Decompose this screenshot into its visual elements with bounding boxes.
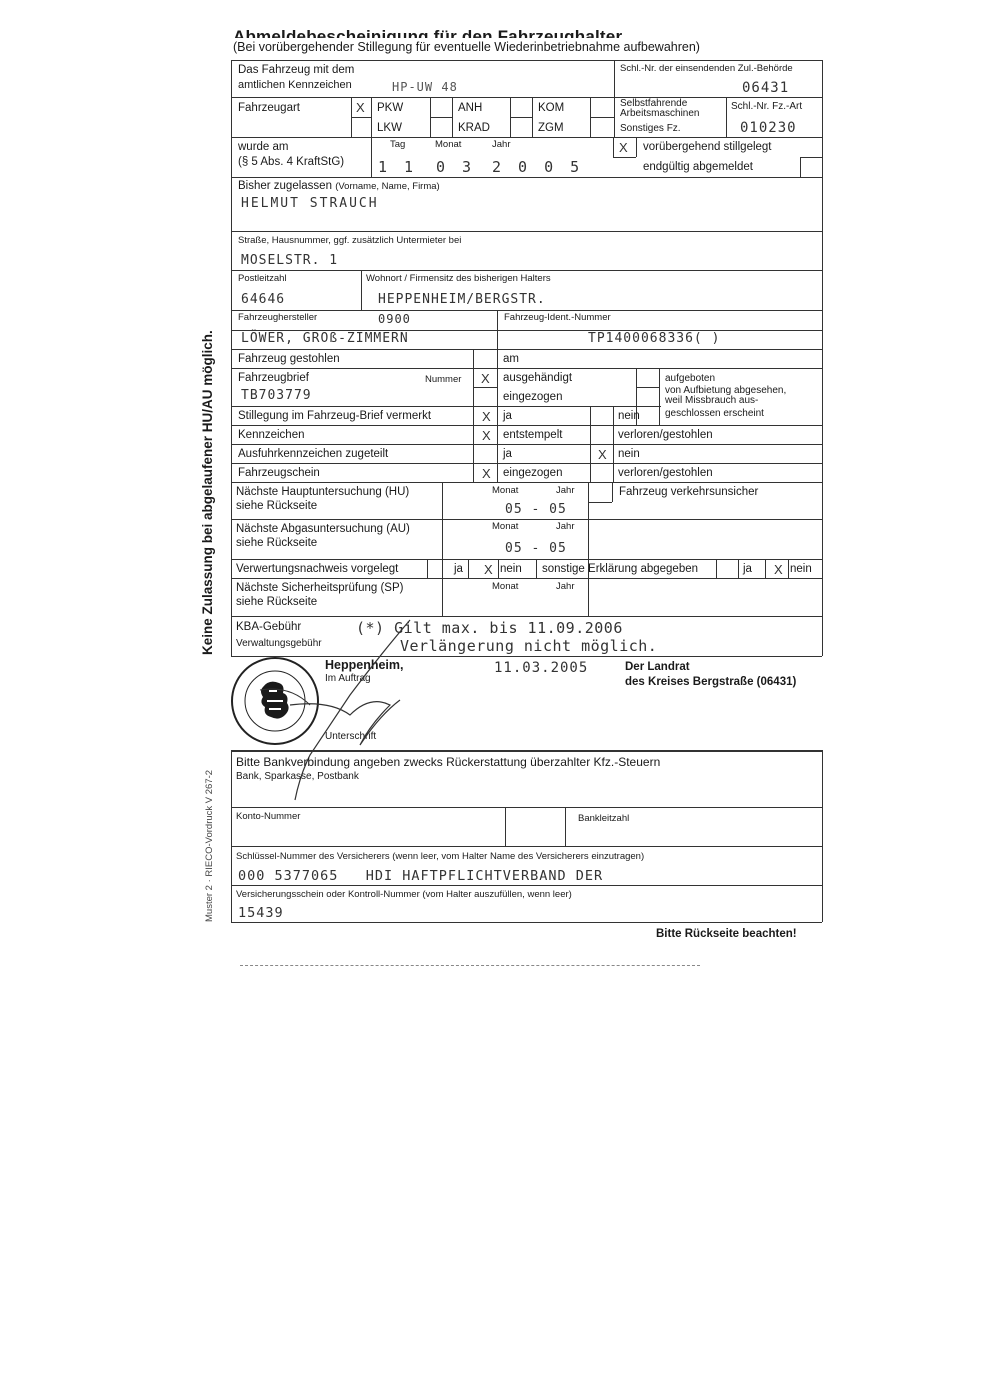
fin-label: Fahrzeug-Ident.-Nummer	[504, 312, 611, 323]
sonstige-ja-label: ja	[743, 563, 752, 576]
konto-label: Konto-Nummer	[236, 811, 300, 822]
sonstige-label: sonstige Erklärung abgegeben	[542, 563, 698, 576]
verwertung-ja-label: ja	[454, 563, 463, 576]
insurance-key-label: Schlüssel-Nummer des Versicherers (wenn …	[236, 851, 644, 862]
sp-jahr-label: Jahr	[556, 581, 574, 592]
hu-jahr-label: Jahr	[556, 485, 574, 496]
verwertung-label: Verwertungsnachweis vorgelegt	[236, 563, 398, 576]
stilllegung-ja-label: ja	[503, 410, 512, 423]
bank-label: Bank, Sparkasse, Postbank	[236, 771, 359, 783]
ausgehaendigt-checkbox[interactable]: X	[481, 371, 490, 386]
kennzeichen-row-label: Kennzeichen	[238, 429, 305, 442]
kennzeichen-label-2: amtlichen Kennzeichen	[238, 79, 352, 92]
hu-value[interactable]: 05 - 05	[505, 502, 567, 517]
stilllegung-label: Stillegung im Fahrzeug-Brief vermerkt	[238, 410, 431, 423]
footer-note: Bitte Rückseite beachten!	[656, 928, 797, 941]
hu-monat-label: Monat	[492, 485, 518, 496]
ausfuhr-nein-label: nein	[618, 448, 640, 461]
gestohlen-am-label: am	[503, 353, 519, 366]
brief-label: Fahrzeugbrief	[238, 372, 309, 385]
brief-nummer-label: Nummer	[425, 374, 461, 385]
hu-label-1: Nächste Hauptuntersuchung (HU)	[236, 486, 409, 499]
document-subtitle: (Bei vorübergehender Stillegung für even…	[233, 40, 700, 54]
zgm-label: ZGM	[538, 122, 564, 135]
ort-value[interactable]: HEPPENHEIM/BERGSTR.	[378, 292, 546, 307]
voruebergehend-checkbox[interactable]: X	[619, 140, 628, 155]
side-note: Keine Zulassung bei abgelaufener HU/AU m…	[200, 330, 215, 655]
gestohlen-label: Fahrzeug gestohlen	[238, 353, 340, 366]
aufbietung-line-3: geschlossen erscheint	[665, 408, 764, 420]
verwertung-nein-checkbox[interactable]: X	[484, 562, 493, 577]
au-label-1: Nächste Abgasuntersuchung (AU)	[236, 523, 410, 536]
aufgeboten-label: aufgeboten	[665, 373, 715, 385]
ausfuhr-ja-label: ja	[503, 448, 512, 461]
hersteller-label: Fahrzeughersteller	[238, 312, 317, 323]
pkw-label: PKW	[377, 102, 403, 115]
street-label: Straße, Hausnummer, ggf. zusätzlich Unte…	[238, 235, 461, 246]
ausgehaendigt-label: ausgehändigt	[503, 372, 572, 385]
plz-label: Postleitzahl	[238, 273, 287, 284]
ort-label: Wohnort / Firmensitz des bisherigen Halt…	[366, 273, 551, 284]
authority-line-2: des Kreises Bergstraße (06431)	[625, 676, 796, 689]
sonstiges-label: Sonstiges Fz.	[620, 123, 681, 135]
tag-value[interactable]: 1 1	[378, 158, 417, 176]
stilllegung-ja-checkbox[interactable]: X	[482, 409, 491, 424]
endgueltig-label: endgültig abgemeldet	[643, 161, 753, 174]
kennzeichen-label-1: Das Fahrzeug mit dem	[238, 64, 354, 77]
fahrzeugart-label: Fahrzeugart	[238, 102, 300, 115]
plz-value[interactable]: 64646	[241, 292, 285, 307]
fzart-value[interactable]: 010230	[740, 120, 797, 136]
policy-value[interactable]: 15439	[238, 905, 284, 921]
fin-value[interactable]: TP1400068336( )	[588, 331, 720, 346]
blz-label: Bankleitzahl	[578, 813, 629, 824]
lkw-label: LKW	[377, 122, 402, 135]
policy-label: Versicherungsschein oder Kontroll-Nummer…	[236, 889, 572, 900]
entstempelt-checkbox[interactable]: X	[482, 428, 491, 443]
au-jahr-label: Jahr	[556, 521, 574, 532]
cut-line	[240, 965, 700, 966]
monat-value[interactable]: 0 3	[436, 158, 475, 176]
hu-label-2: siehe Rückseite	[236, 500, 317, 513]
voruebergehend-label: vorübergehend stillgelegt	[643, 141, 772, 154]
signature-date: 11.03.2005	[494, 660, 588, 676]
stilllegung-nein-label: nein	[618, 410, 640, 423]
insurance-key-value[interactable]: 000 5377065 HDI HAFTPFLICHTVERBAND DER	[238, 868, 603, 884]
aufbietung-line-2: weil Missbrauch aus-	[665, 396, 758, 406]
verwertung-nein-label: nein	[500, 563, 522, 576]
entstempelt-label: entstempelt	[503, 429, 562, 442]
street-value[interactable]: MOSELSTR. 1	[241, 253, 338, 268]
schein-verloren-label: verloren/gestohlen	[618, 467, 713, 480]
verkehrsunsicher-label: Fahrzeug verkehrsunsicher	[619, 486, 758, 499]
kennzeichen-value[interactable]: HP-UW 48	[392, 80, 458, 94]
sp-label-2: siehe Rückseite	[236, 596, 317, 609]
schein-label: Fahrzeugschein	[238, 467, 320, 480]
hersteller-code[interactable]: 0900	[378, 312, 411, 326]
sp-monat-label: Monat	[492, 581, 518, 592]
pkw-checkbox[interactable]: X	[356, 100, 365, 115]
kennzeichen-verloren-label: verloren/gestohlen	[618, 429, 713, 442]
krad-label: KRAD	[458, 122, 490, 135]
kom-label: KOM	[538, 102, 564, 115]
behoerde-value[interactable]: 06431	[742, 80, 789, 96]
wurde-am-label: wurde am	[238, 141, 289, 154]
holder-name-value[interactable]: HELMUT STRAUCH	[241, 196, 379, 211]
ausfuhr-label: Ausfuhrkennzeichen zugeteilt	[238, 448, 388, 461]
form-id: Muster 2 · RIECO-Vordruck V 267-2	[204, 770, 215, 922]
behoerde-label: Schl.-Nr. der einsendenden Zul.-Behörde	[620, 63, 793, 74]
bank-intro: Bitte Bankverbindung angeben zwecks Rück…	[236, 756, 660, 769]
sonstige-nein-checkbox[interactable]: X	[774, 562, 783, 577]
tag-label: Tag	[390, 139, 405, 150]
anh-label: ANH	[458, 102, 482, 115]
schein-eingezogen-checkbox[interactable]: X	[482, 466, 491, 481]
document-title: Abmeldebescheinigung für den Fahrzeughal…	[233, 24, 622, 38]
ausfuhr-nein-checkbox[interactable]: X	[598, 447, 607, 462]
sonstige-nein-label: nein	[790, 563, 812, 576]
fzart-label: Schl.-Nr. Fz.-Art	[731, 101, 802, 113]
monat-label: Monat	[435, 139, 461, 150]
hersteller-value[interactable]: LÖWER, GROß-ZIMMERN	[241, 331, 409, 346]
jahr-value[interactable]: 2 0 0 5	[492, 158, 583, 176]
jahr-label: Jahr	[492, 139, 510, 150]
sp-label-1: Nächste Sicherheitsprüfung (SP)	[236, 582, 403, 595]
holder-name-label: Bisher zugelassen (Vorname, Name, Firma)	[238, 180, 440, 193]
brief-nummer-value[interactable]: TB703779	[241, 388, 312, 403]
au-label-2: siehe Rückseite	[236, 537, 317, 550]
schein-eingezogen-label: eingezogen	[503, 467, 562, 480]
kraftstg-label: (§ 5 Abs. 4 KraftStG)	[238, 156, 344, 169]
eingezogen-label: eingezogen	[503, 391, 562, 404]
au-monat-label: Monat	[492, 521, 518, 532]
authority-line-1: Der Landrat	[625, 661, 690, 674]
arbeitsmaschinen-label: Arbeitsmaschinen	[620, 109, 699, 119]
au-value[interactable]: 05 - 05	[505, 541, 567, 556]
